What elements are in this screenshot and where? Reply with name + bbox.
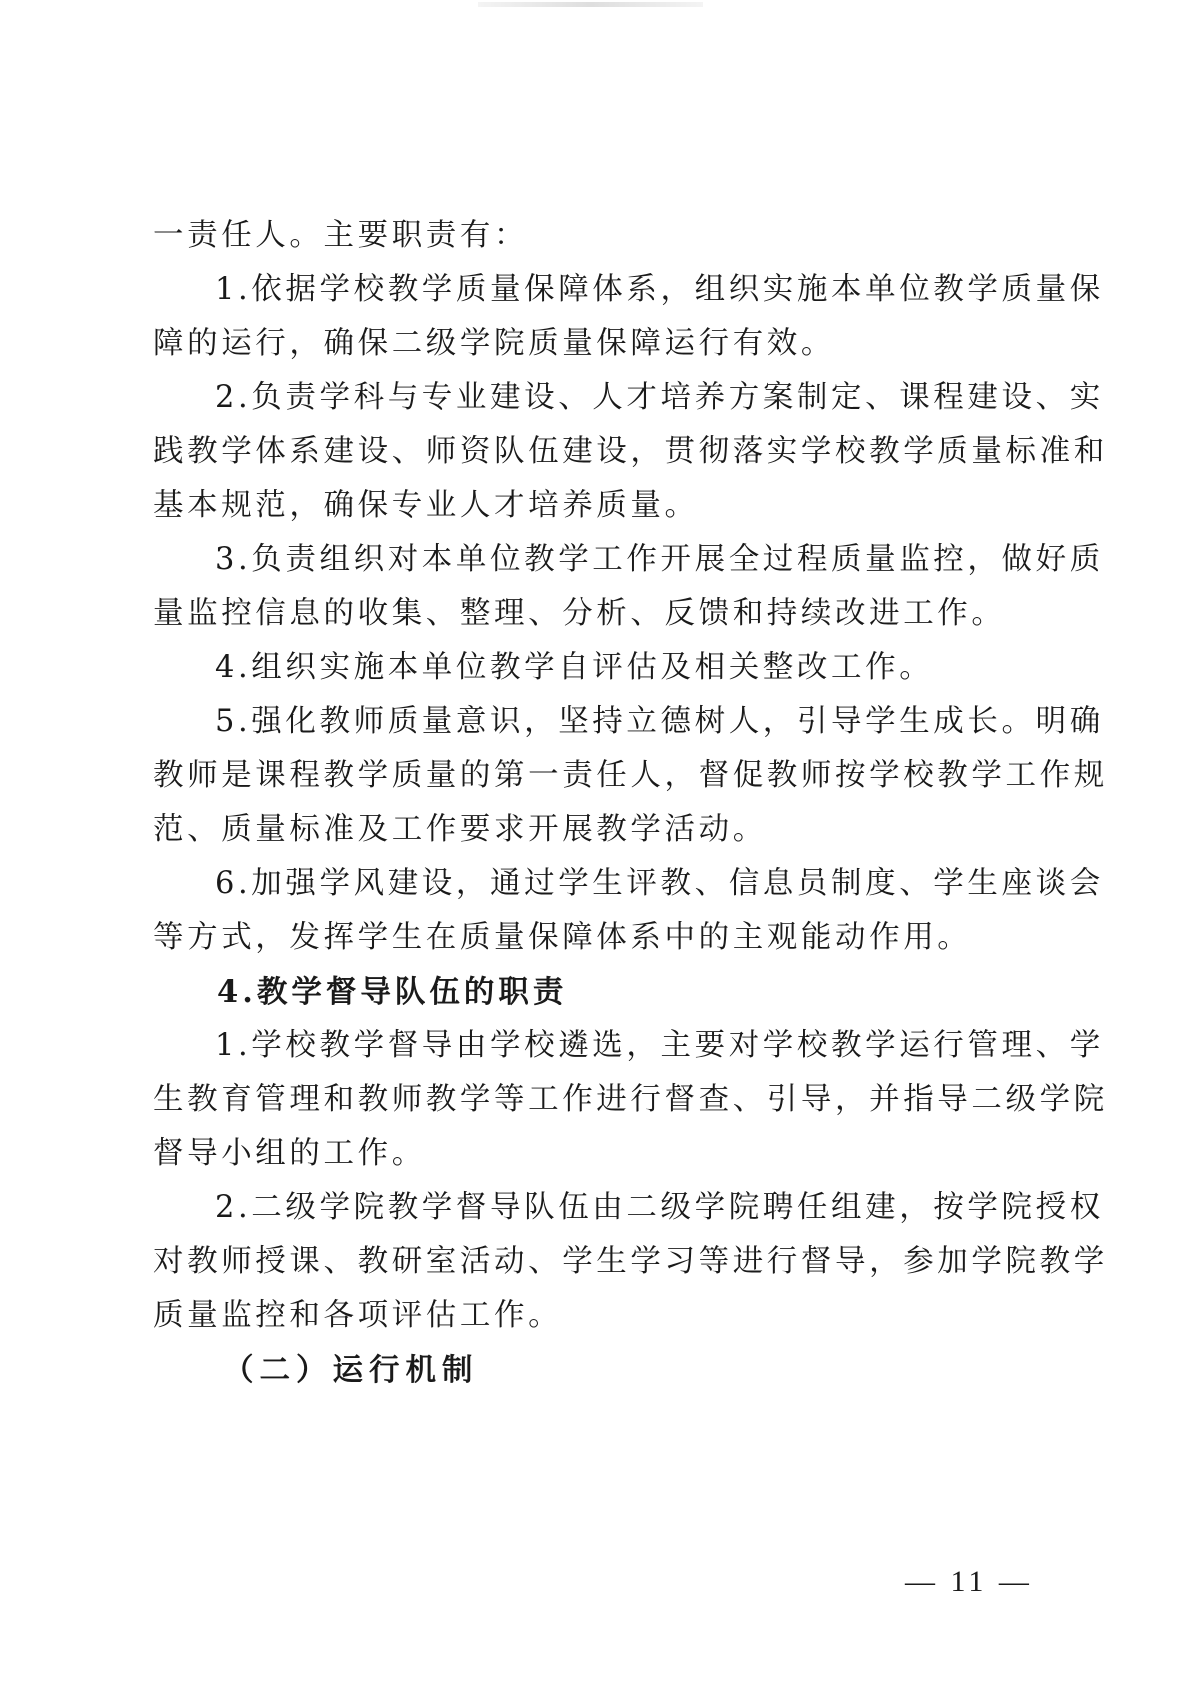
list-item-1-line: 1.依据学校教学质量保障体系，组织实施本单位教学质量保 (215, 270, 1104, 310)
paragraph-line: 障的运行，确保二级学院质量保障运行有效。 (153, 324, 835, 364)
page-number: — 11 — (905, 1565, 1033, 1599)
list-item-3-line: 3.负责组织对本单位教学工作开展全过程质量监控，做好质 (215, 540, 1104, 580)
paragraph-line: 践教学体系建设、师资队伍建设，贯彻落实学校教学质量标准和 (153, 432, 1108, 472)
paragraph-line: 质量监控和各项评估工作。 (153, 1296, 562, 1336)
paragraph-line: 对教师授课、教研室活动、学生学习等进行督导，参加学院教学 (153, 1242, 1108, 1282)
list-item-2-line: 2.二级学院教学督导队伍由二级学院聘任组建，按学院授权 (215, 1188, 1104, 1228)
paragraph-line: 一责任人。主要职责有： (153, 216, 528, 256)
subheading-supervision-duties: 4.教学督导队伍的职责 (217, 972, 567, 1012)
paragraph-line: 督导小组的工作。 (153, 1134, 426, 1174)
list-item-1-line: 1.学校教学督导由学校遴选，主要对学校教学运行管理、学 (215, 1026, 1104, 1066)
list-item-6-line: 6.加强学风建设，通过学生评教、信息员制度、学生座谈会 (215, 864, 1104, 904)
section-heading-operating-mechanism: （二）运行机制 (223, 1350, 479, 1390)
paragraph-line: 生教育管理和教师教学等工作进行督查、引导，并指导二级学院 (153, 1080, 1108, 1120)
paragraph-line: 等方式，发挥学生在质量保障体系中的主观能动作用。 (153, 918, 971, 958)
list-item-5-line: 5.强化教师质量意识，坚持立德树人，引导学生成长。明确 (215, 702, 1104, 742)
list-item-4-line: 4.组织实施本单位教学自评估及相关整改工作。 (215, 648, 933, 688)
paragraph-line: 范、质量标准及工作要求开展教学活动。 (153, 810, 767, 850)
paragraph-line: 教师是课程教学质量的第一责任人，督促教师按学校教学工作规 (153, 756, 1108, 796)
paragraph-line: 基本规范，确保专业人才培养质量。 (153, 486, 699, 526)
paragraph-line: 量监控信息的收集、整理、分析、反馈和持续改进工作。 (153, 594, 1006, 634)
list-item-2-line: 2.负责学科与专业建设、人才培养方案制定、课程建设、实 (215, 378, 1104, 418)
scan-artifact (478, 2, 703, 7)
